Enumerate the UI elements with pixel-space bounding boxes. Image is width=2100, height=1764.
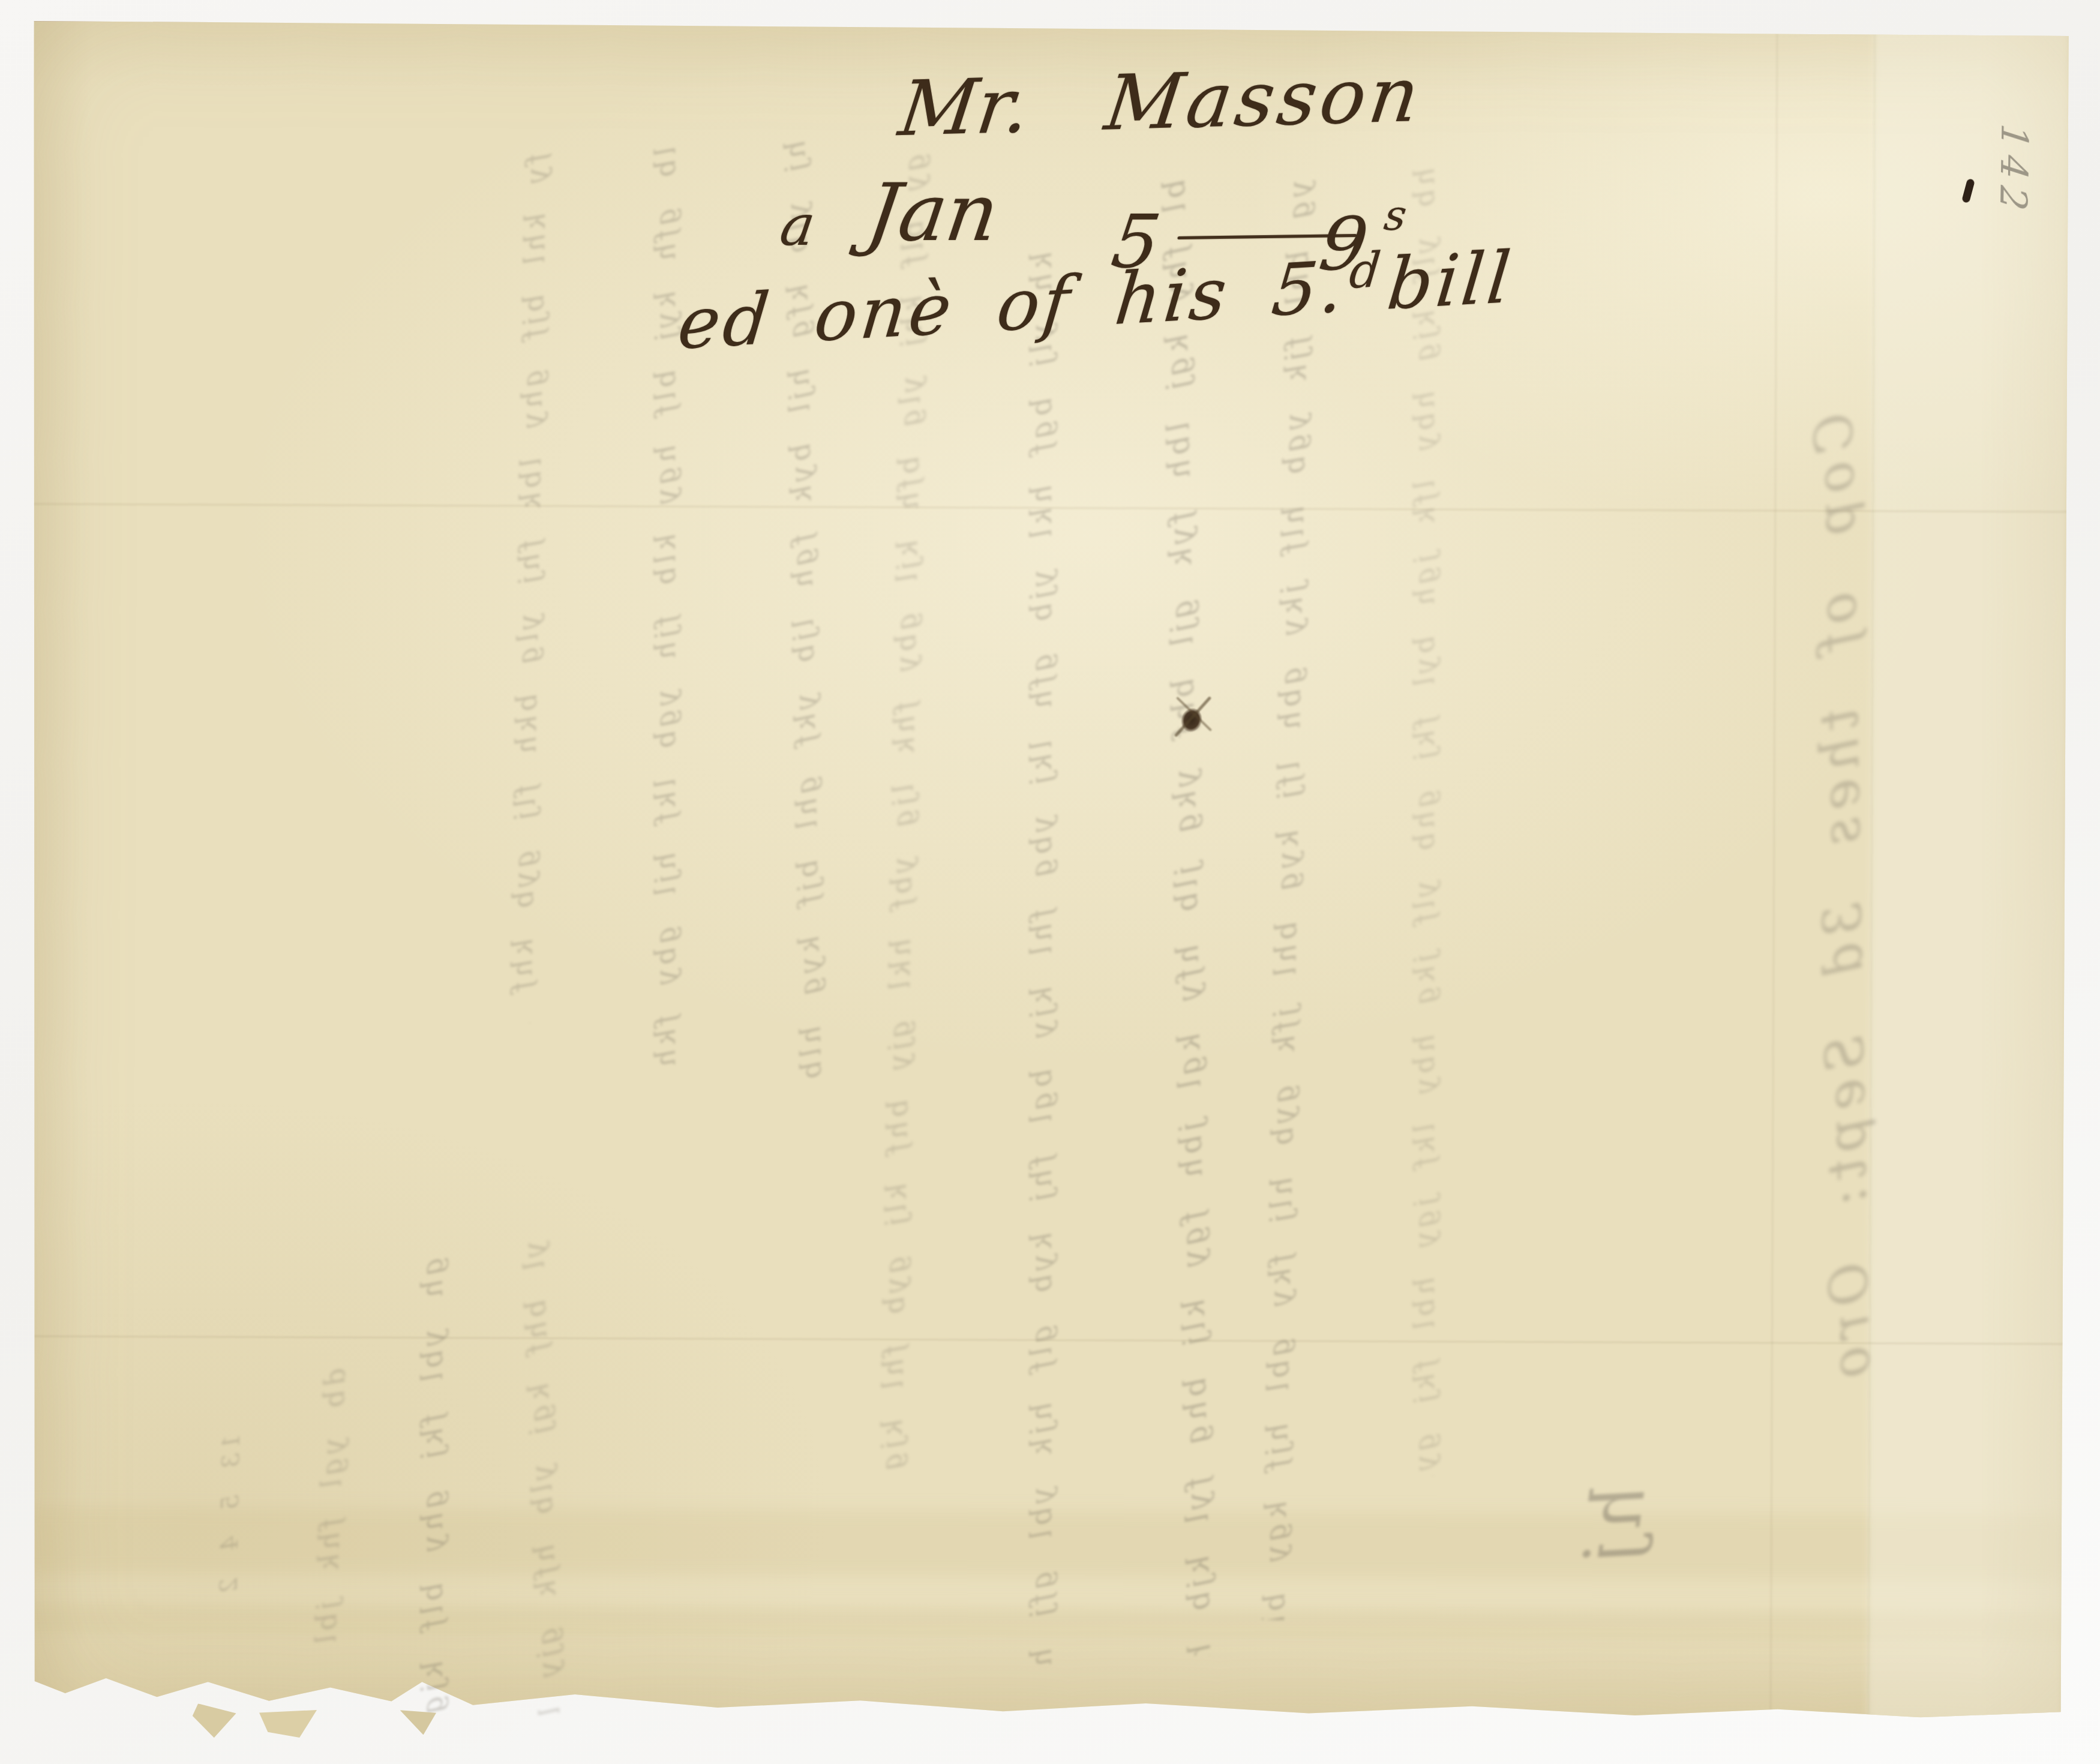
bleedthrough-column: db ygl fhk jbl ygf hkj blg yfh kjb lgy [308,1368,361,1669]
docket-note-superscript: d [1347,241,1387,299]
bleedthrough-column: yg bhl fjk ygb hlf jky gbh lfj kyg bhl j… [1256,180,1325,1621]
docket-month: Jan [862,167,1004,259]
docket-honorific: Mr. [895,61,1036,154]
pencil-folio-number: 142 [1991,122,2036,235]
docket-note-end: bill [1384,235,1517,326]
ink-blot [1166,694,1226,754]
bleedthrough-column: gh ybl fkj ghy blf kjg hyl bfk jgy hbl f… [414,1257,458,1725]
bleedthrough-column: Cop of thes 3d Sept: Oro y lb fg [1800,413,1900,1434]
bleedthrough-column: hb ylf kjg hby lfk jgh byl fkj ghb ylf j… [1407,168,1450,1476]
bleedthrough-column: fy khl bjf ghy lbk fhj ylg bkh flj gyb k… [504,153,562,1024]
docket-amount-unit: s [1381,191,1409,240]
scanner-background: fy khl bjf ghy lbk fhj ylg bkh flj gyb k… [0,0,2100,1764]
docket-surname: Masson [1100,50,1427,148]
bleedthrough-column: kh ylj bgf hkl yjb gfh lkj ybg fhl kjy b… [1023,252,1067,1668]
bleedthrough-column: hj [1553,1479,1684,1649]
bleedthrough-column: bl fhy kgj lbh fyk gjl bhf ykg jlb hfy k… [1155,179,1227,1656]
bleedthrough-column: yl bhf kgj ylb hfk gjy lbh fkg jyl bhf g… [516,1241,575,1722]
bleedthrough-column: 13 5 4 2 6 8 1 3 [213,1434,253,1615]
docket-prefix: a [776,193,819,259]
docket-line-recipient: Mr.Masson [895,50,1428,154]
